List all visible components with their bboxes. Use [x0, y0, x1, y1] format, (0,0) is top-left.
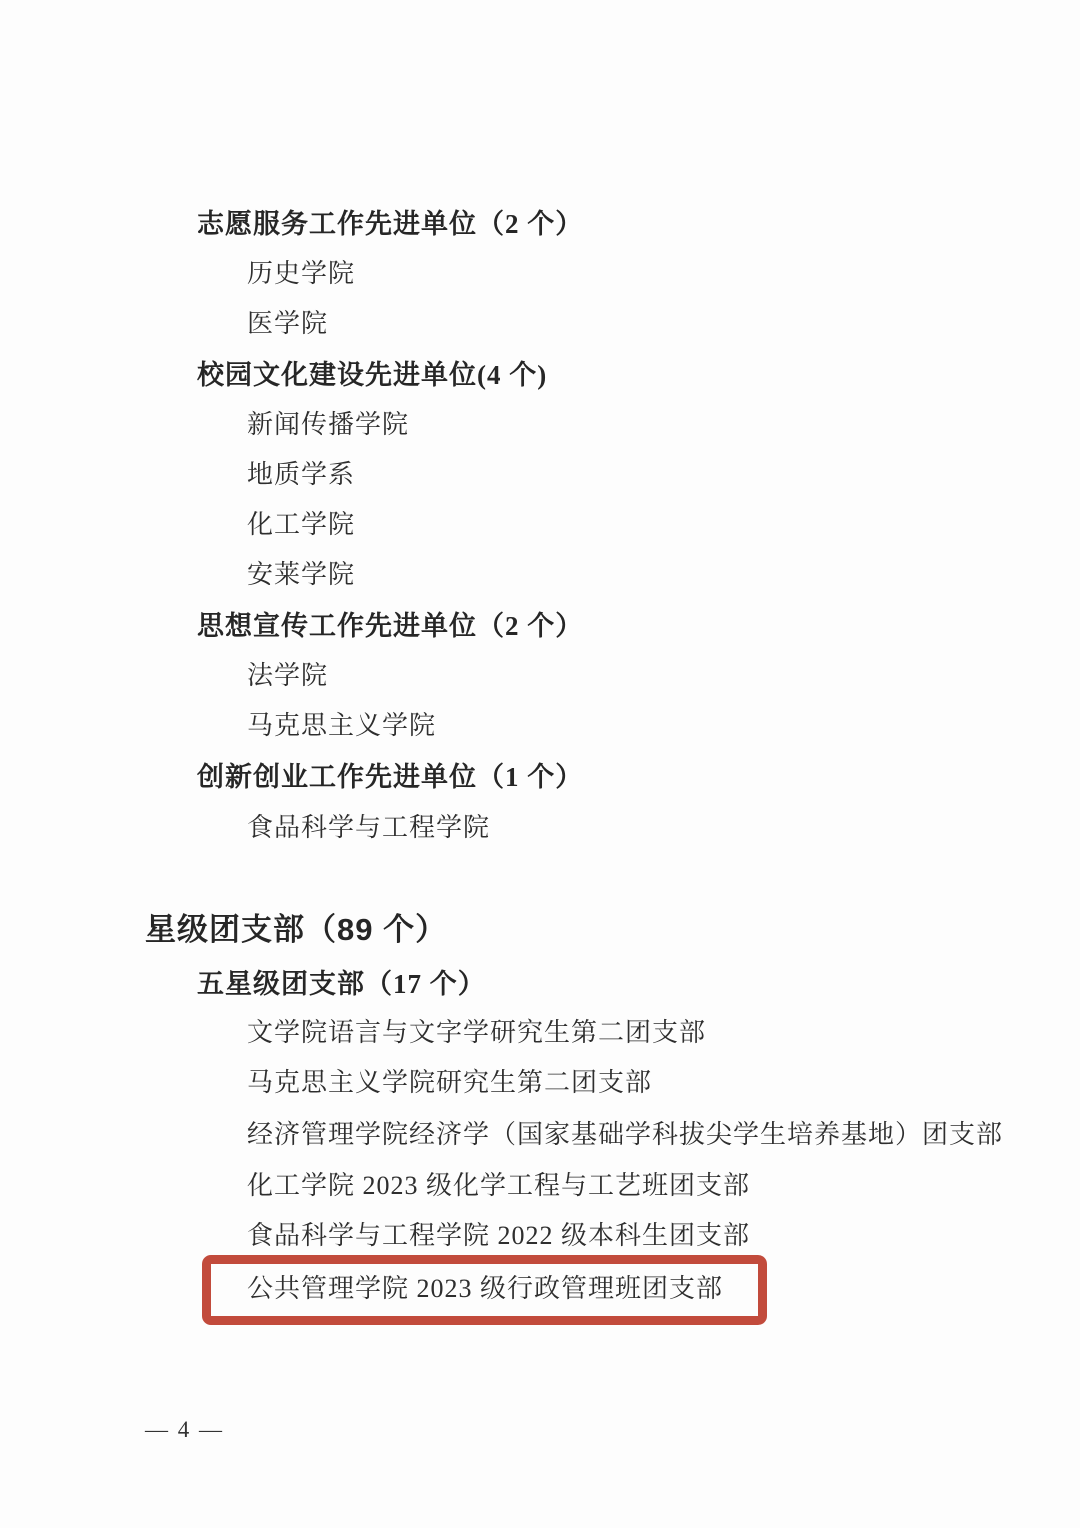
list-item: 医学院: [247, 309, 328, 339]
list-item: 马克思主义学院研究生第二团支部: [247, 1068, 652, 1098]
list-item: 化工学院 2023 级化学工程与工艺班团支部: [247, 1171, 750, 1201]
list-item: 马克思主义学院: [247, 711, 436, 741]
list-item-highlighted: 公共管理学院 2023 级行政管理班团支部: [247, 1274, 723, 1304]
list-item: 历史学院: [247, 259, 355, 289]
section-heading-ideology-publicity: 思想宣传工作先进单位（2 个）: [197, 611, 583, 642]
page-number: — 4 —: [145, 1417, 224, 1443]
list-item: 经济管理学院经济学（国家基础学科拔尖学生培养基地）团支部: [247, 1120, 1003, 1150]
section-heading-innovation-entrepreneurship: 创新创业工作先进单位（1 个）: [197, 762, 583, 793]
list-item: 安莱学院: [247, 560, 355, 590]
section-heading-campus-culture: 校园文化建设先进单位(4 个): [197, 360, 547, 391]
list-item: 新闻传播学院: [247, 410, 409, 440]
star-branches-heading: 星级团支部（89 个）: [145, 912, 447, 948]
document-page: 志愿服务工作先进单位（2 个） 历史学院 医学院 校园文化建设先进单位(4 个)…: [0, 0, 1080, 1528]
list-item: 食品科学与工程学院: [247, 813, 490, 843]
list-item: 化工学院: [247, 510, 355, 540]
five-star-branches-subheading: 五星级团支部（17 个）: [197, 969, 486, 1000]
list-item: 地质学系: [247, 460, 355, 490]
list-item: 食品科学与工程学院 2022 级本科生团支部: [247, 1221, 750, 1251]
list-item: 法学院: [247, 661, 328, 691]
list-item: 文学院语言与文字学研究生第二团支部: [247, 1018, 706, 1048]
section-heading-volunteer-service: 志愿服务工作先进单位（2 个）: [197, 209, 583, 240]
